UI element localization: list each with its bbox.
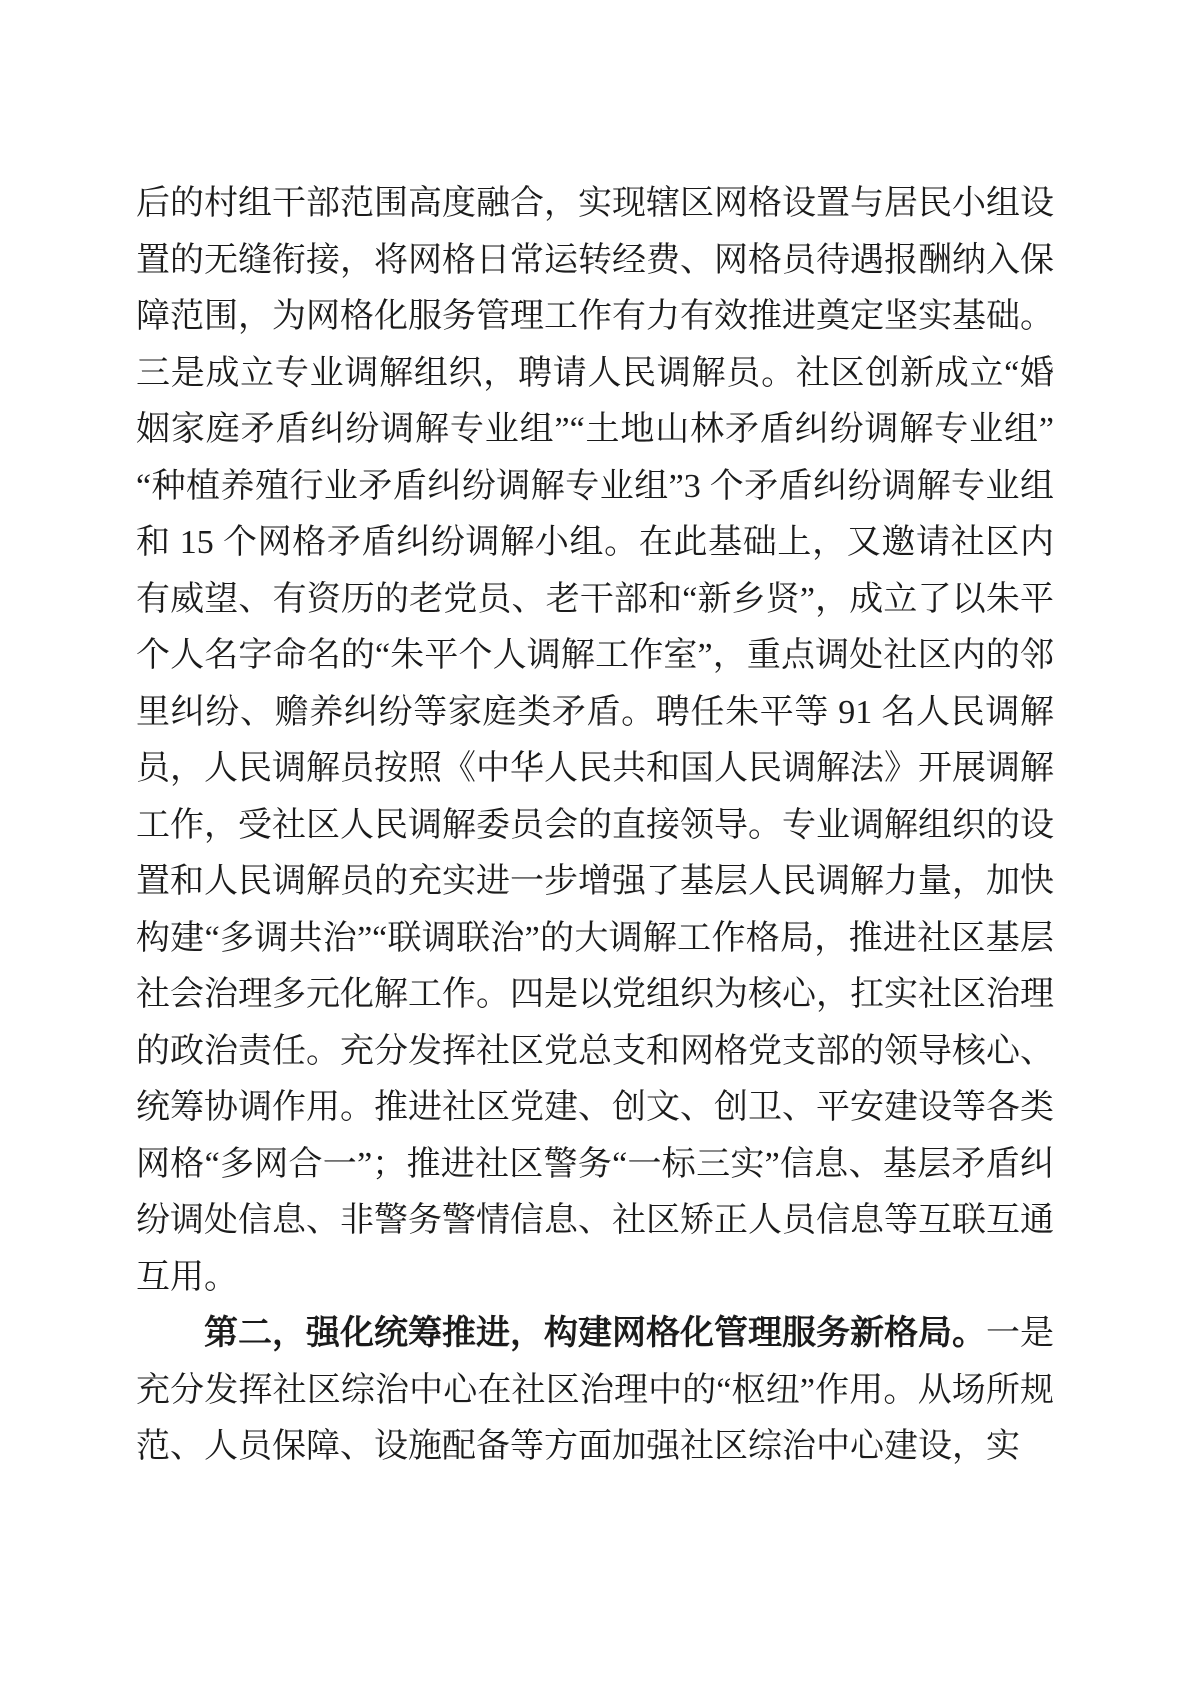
paragraph-text: 后的村组干部范围高度融合，实现辖区网格设置与居民小组设置的无缝衔接，将网格日常运…	[136, 185, 1054, 1296]
paragraph: 第二，强化统筹推进，构建网格化管理服务新格局。一是充分发挥社区综治中心在社区治理…	[136, 1306, 1054, 1476]
document-body: 后的村组干部范围高度融合，实现辖区网格设置与居民小组设置的无缝衔接，将网格日常运…	[136, 176, 1054, 1476]
paragraph-heading-text: 第二，强化统筹推进，构建网格化管理服务新格局。	[204, 1315, 986, 1352]
paragraph: 后的村组干部范围高度融合，实现辖区网格设置与居民小组设置的无缝衔接，将网格日常运…	[136, 176, 1054, 1306]
document-page: 后的村组干部范围高度融合，实现辖区网格设置与居民小组设置的无缝衔接，将网格日常运…	[0, 0, 1190, 1683]
